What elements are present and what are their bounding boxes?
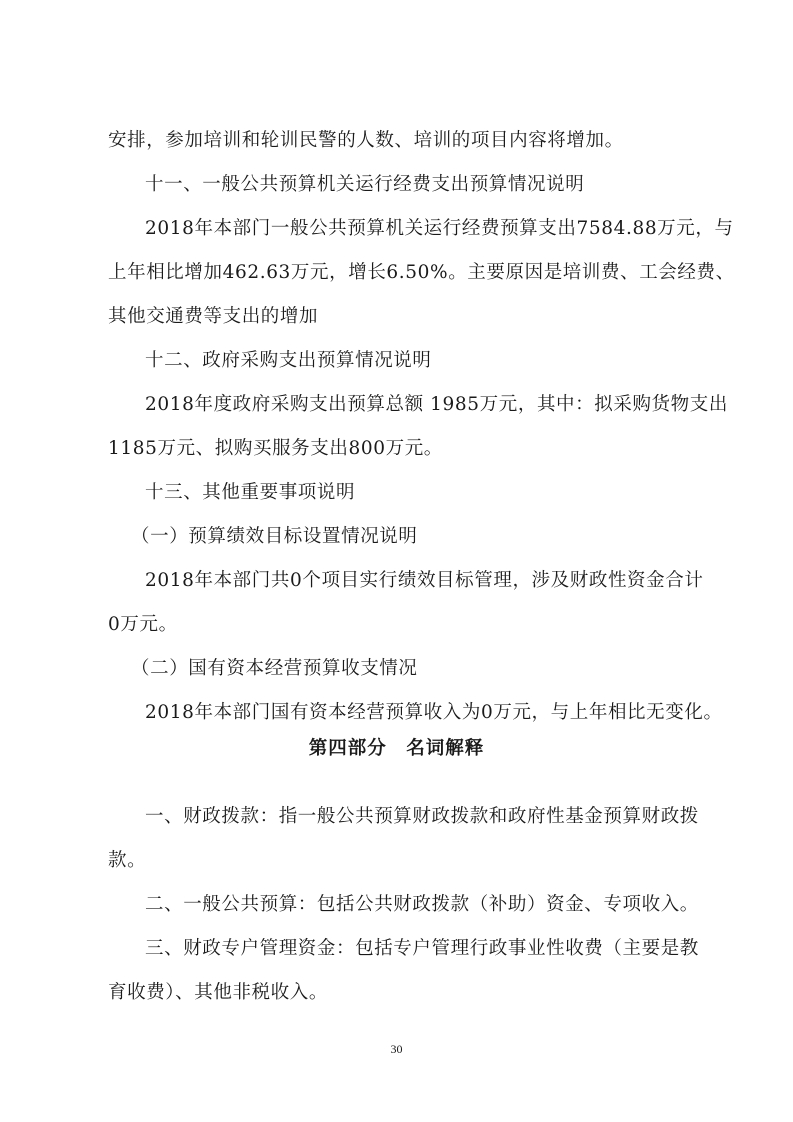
section-11-body-line-2: 上年相比增加462.63万元，增长6.50%。主要原因是培训费、工会经费、 <box>108 261 686 285</box>
section-12-body-line-2: 1185万元、拟购买服务支出800万元。 <box>108 437 686 461</box>
section-11-body-line-3: 其他交通费等支出的增加 <box>108 305 686 329</box>
section-13-sub-2-body-line-1: 2018年本部门国有资本经营预算收入为0万元，与上年相比无变化。 <box>145 701 686 725</box>
term-1-line-1: 一、财政拨款：指一般公共预算财政拨款和政府性基金预算财政拨 <box>145 805 686 829</box>
section-13-sub-1-title: （一）预算绩效目标设置情况说明 <box>131 525 709 549</box>
document-page: 安排，参加培训和轮训民警的人数、培训的项目内容将增加。 十一、一般公共预算机关运… <box>0 0 793 1122</box>
term-3-line-1: 三、财政专户管理资金：包括专户管理行政事业性收费（主要是教 <box>145 937 686 961</box>
section-13-title: 十三、其他重要事项说明 <box>145 481 686 505</box>
section-12-body-line-1: 2018年度政府采购支出预算总额 1985万元，其中：拟采购货物支出 <box>145 393 686 417</box>
section-12-title: 十二、政府采购支出预算情况说明 <box>145 349 686 373</box>
part-4-heading: 第四部分 名词解释 <box>0 737 793 761</box>
section-13-sub-1-body-line-1: 2018年本部门共0个项目实行绩效目标管理，涉及财政性资金合计 <box>145 569 686 593</box>
section-11-body-line-1: 2018年本部门一般公共预算机关运行经费预算支出7584.88万元，与 <box>145 217 686 241</box>
page-number: 30 <box>0 1042 793 1057</box>
term-3-line-2: 育收费）、其他非税收入。 <box>108 981 686 1005</box>
term-1-line-2: 款。 <box>108 849 686 873</box>
section-13-sub-1-body-line-2: 0万元。 <box>108 613 686 637</box>
section-13-sub-2-title: （二）国有资本经营预算收支情况 <box>131 657 709 681</box>
paragraph-continuation: 安排，参加培训和轮训民警的人数、培训的项目内容将增加。 <box>108 129 686 153</box>
term-2-line-1: 二、一般公共预算：包括公共财政拨款（补助）资金、专项收入。 <box>145 893 686 917</box>
section-11-title: 十一、一般公共预算机关运行经费支出预算情况说明 <box>145 173 686 197</box>
